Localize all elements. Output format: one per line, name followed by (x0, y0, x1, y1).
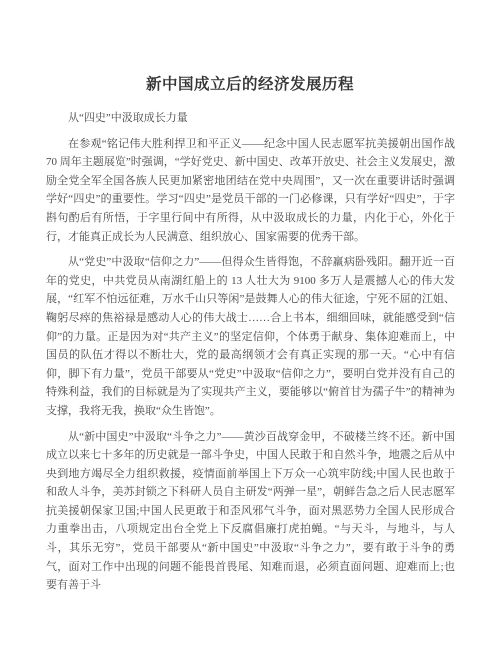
document-body: 从“四史”中汲取成长力量 在参观“铭记伟大胜利捍卫和平正义——纪念中国人民志愿军… (46, 109, 455, 595)
paragraph-intro: 在参观“铭记伟大胜利捍卫和平正义——纪念中国人民志愿军抗美援朝出国作战 70 周… (46, 135, 455, 247)
document-page: 新中国成立后的经济发展历程 从“四史”中汲取成长力量 在参观“铭记伟大胜利捍卫和… (0, 0, 500, 647)
document-title: 新中国成立后的经济发展历程 (0, 0, 500, 94)
paragraph-party-history: 从“党史”中汲取“信仰之力”——但得众生皆得饱，不辞羸病卧残阳。翻开近一百年的党… (46, 253, 455, 420)
paragraph-subtitle: 从“四史”中汲取成长力量 (46, 109, 455, 128)
paragraph-new-china-history: 从“新中国史”中汲取“斗争之力”——黄沙百战穿金甲，不破楼兰终不还。新中国成立以… (46, 428, 455, 595)
